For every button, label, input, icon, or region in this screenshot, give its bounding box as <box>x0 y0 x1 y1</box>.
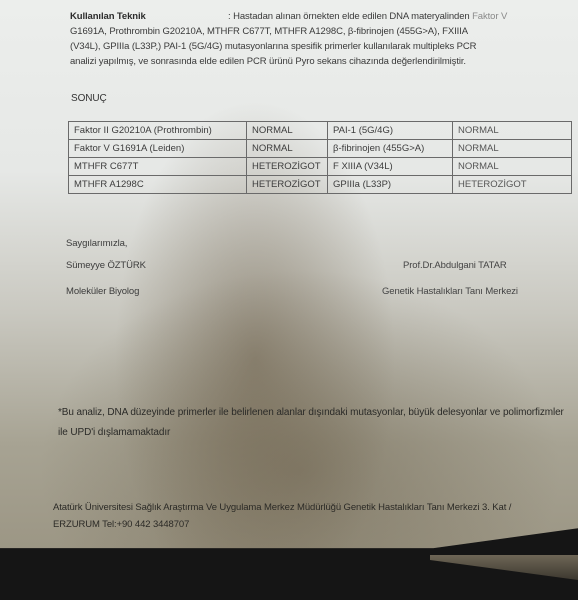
technique-text-line2: G1691A, Prothrombin G20210A, MTHFR C677T… <box>70 24 570 39</box>
table-row: MTHFR C677THETEROZİGOTF XIIIA (V34L)NORM… <box>69 158 572 176</box>
technique-text-line1: : Hastadan alınan örnekten elde edilen D… <box>228 11 470 22</box>
left-signer-name: Sümeyye ÖZTÜRK <box>66 258 146 273</box>
technique-paragraph: Kullanılan Teknik: Hastadan alınan örnek… <box>70 9 570 69</box>
table-row: Faktor V G1691A (Leiden)NORMALβ-fibrinoj… <box>69 140 572 158</box>
right-signer-title: Genetik Hastalıkları Tanı Merkezi <box>382 284 518 299</box>
left-signer-title: Moleküler Biyolog <box>66 284 139 299</box>
test-name-cell: Faktor II G20210A (Prothrombin) <box>69 122 247 140</box>
closing-text: Saygılarımızla, <box>66 236 127 251</box>
paper-edge-shadow <box>430 555 578 580</box>
results-table: Faktor II G20210A (Prothrombin)NORMALPAI… <box>68 121 572 194</box>
test-result-cell: HETEROZİGOT <box>247 176 328 194</box>
test-result-cell: NORMAL <box>453 140 572 158</box>
test-result-cell: HETEROZİGOT <box>453 176 572 194</box>
test-name-cell: PAI-1 (5G/4G) <box>328 122 453 140</box>
test-result-cell: NORMAL <box>247 140 328 158</box>
technique-label: Kullanılan Teknik <box>70 9 228 24</box>
technique-text-line1-faded: Faktor V <box>470 11 508 22</box>
technique-text-line3: (V34L), GPIIIa (L33P,) PAI-1 (5G/4G) mut… <box>70 39 570 54</box>
test-name-cell: MTHFR C677T <box>69 158 247 176</box>
test-name-cell: MTHFR A1298C <box>69 176 247 194</box>
address-footer: Atatürk Üniversitesi Sağlık Araştırma Ve… <box>53 499 578 533</box>
test-result-cell: HETEROZİGOT <box>247 158 328 176</box>
test-name-cell: β-fibrinojen (455G>A) <box>328 140 453 158</box>
table-row: MTHFR A1298CHETEROZİGOTGPIIIa (L33P)HETE… <box>69 176 572 194</box>
address-line1: Atatürk Üniversitesi Sağlık Araştırma Ve… <box>53 499 578 516</box>
test-name-cell: Faktor V G1691A (Leiden) <box>69 140 247 158</box>
test-result-cell: NORMAL <box>453 122 572 140</box>
test-result-cell: NORMAL <box>453 158 572 176</box>
address-line2: ERZURUM Tel:+90 442 3448707 <box>53 516 578 533</box>
result-heading: SONUÇ <box>71 91 107 106</box>
technique-text-line4: analizi yapılmış, ve sonrasında elde edi… <box>70 54 570 69</box>
test-name-cell: F XIIIA (V34L) <box>328 158 453 176</box>
test-name-cell: GPIIIa (L33P) <box>328 176 453 194</box>
right-signer-name: Prof.Dr.Abdulgani TATAR <box>403 258 507 273</box>
test-result-cell: NORMAL <box>247 122 328 140</box>
disclaimer-note: *Bu analiz, DNA düzeyinde primerler ile … <box>58 403 573 443</box>
table-row: Faktor II G20210A (Prothrombin)NORMALPAI… <box>69 122 572 140</box>
